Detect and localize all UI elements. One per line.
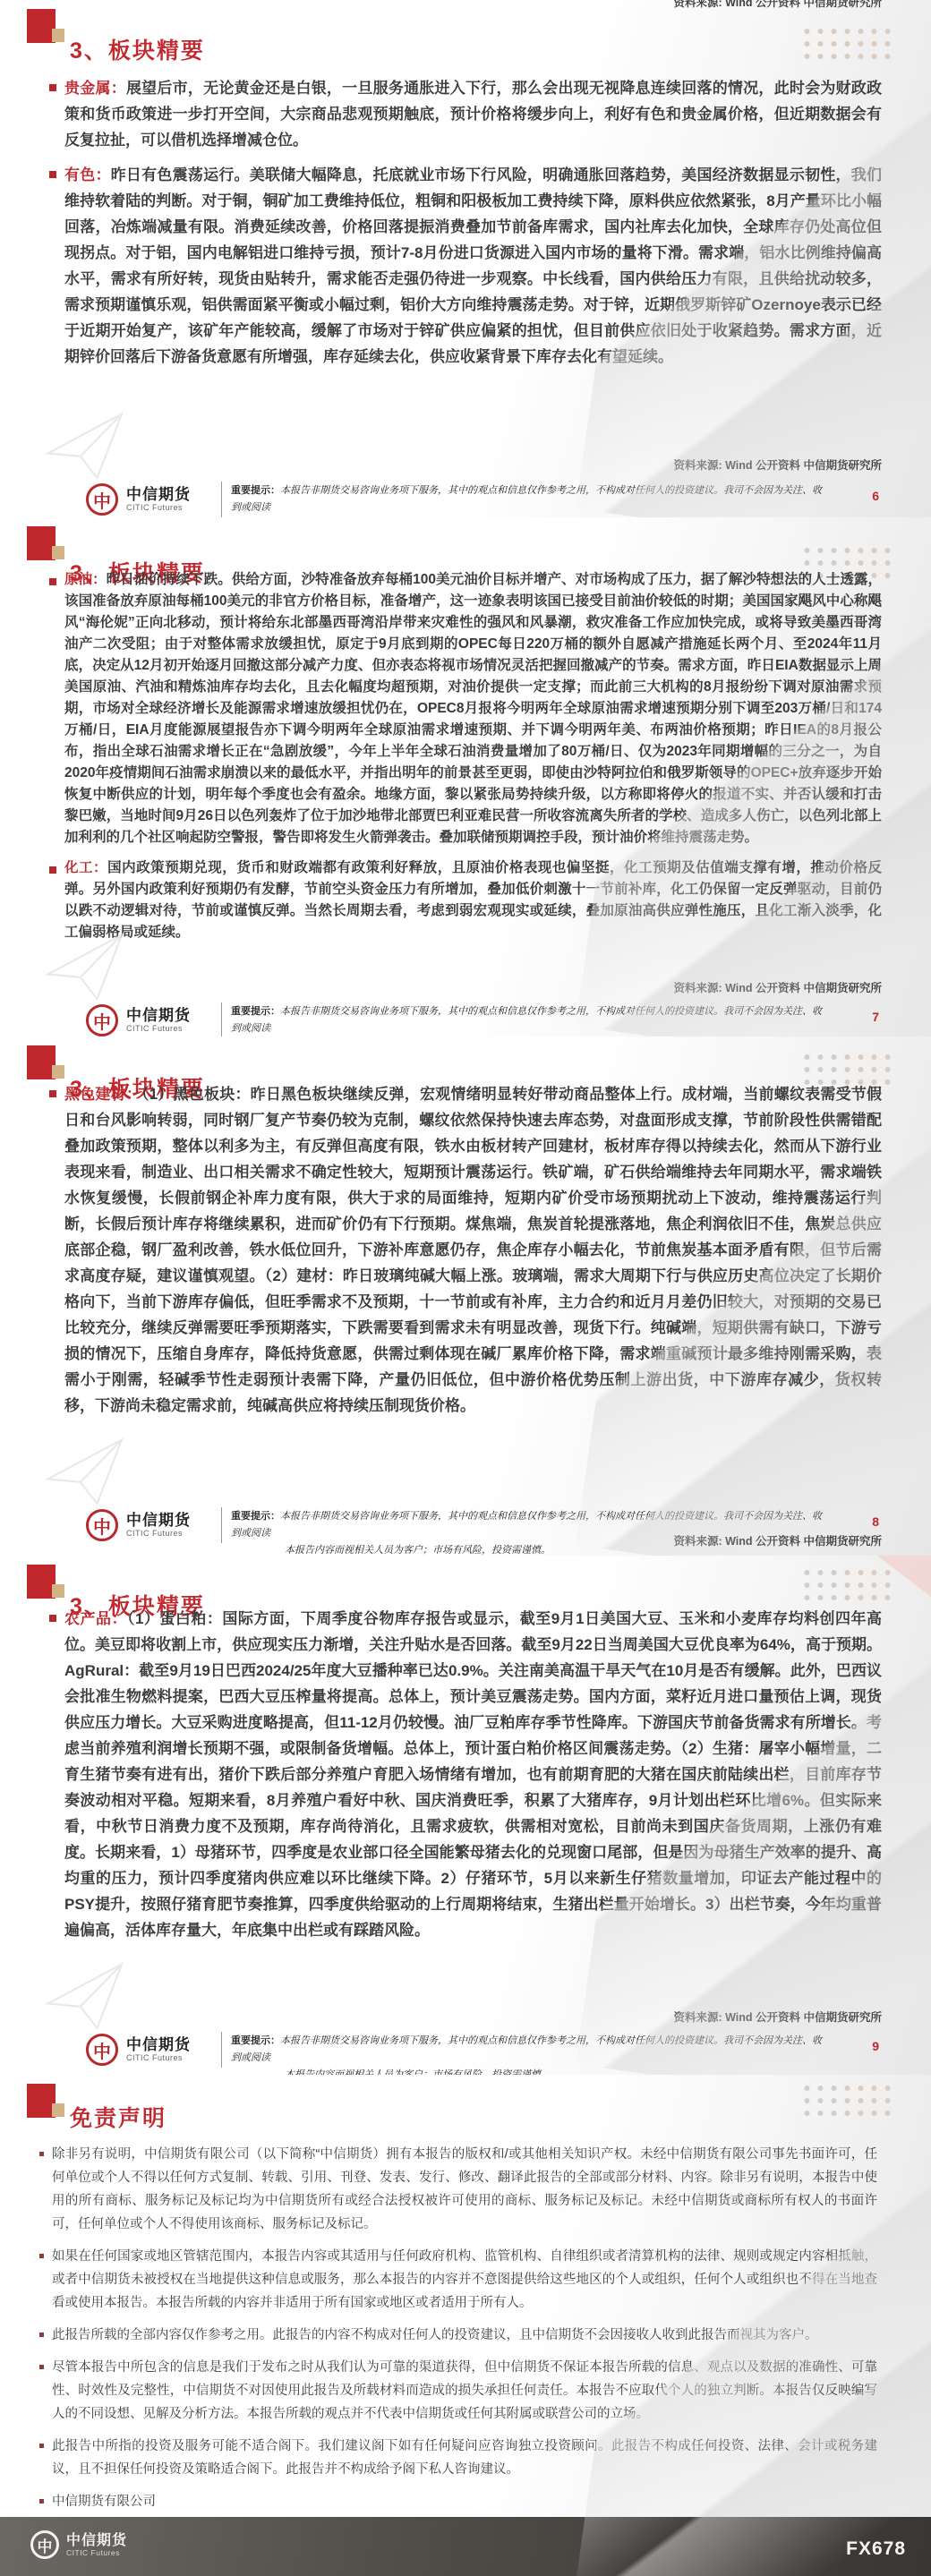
brand-name: 中信期货 bbox=[66, 2533, 127, 2548]
notice-line-1: 本报告非期货交易咨询业务项下服务，其中的观点和信息仅作参考之用，不构成对任何人的… bbox=[231, 1006, 822, 1034]
fx678-watermark: FX678 bbox=[846, 2538, 906, 2560]
brand-name: 中信期货 bbox=[126, 2037, 191, 2053]
citic-logo-icon: 中 bbox=[30, 2530, 59, 2559]
disclaimer-paragraph: 如果在任何国家或地区管辖范围内，本报告内容或其适用与任何政府机构、监管机构、自律… bbox=[52, 2245, 877, 2315]
footer-logo: 中 中信期货 CITIC Futures bbox=[86, 1506, 191, 1545]
page-number: 9 bbox=[872, 2039, 879, 2053]
disclaimer-page: 免责声明 除非另有说明，中信期货有限公司（以下简称“中信期货）拥有本报告的版权和… bbox=[0, 2075, 931, 2576]
corner-ornament-tan bbox=[52, 29, 64, 42]
bullet-text: （1）黑色板块：昨日黑色板块继续反弹，宏观情绪明显转好带动商品整体上行。成材端，… bbox=[64, 1086, 882, 1414]
page-number: 8 bbox=[872, 1514, 879, 1529]
paper-plane-icon bbox=[43, 408, 141, 489]
important-notice: 重要提示：本报告非期货交易咨询业务项下服务，其中的观点和信息仅作参考之用，不构成… bbox=[231, 1003, 822, 1036]
bullet-term: 化工： bbox=[64, 860, 107, 875]
footer-logo: 中 中信期货 CITIC Futures bbox=[86, 480, 191, 517]
corner-ornament-tan bbox=[52, 546, 64, 559]
page-body: 原油：昨日油价持续下跌。供给方面，沙特准备放弃每桶100美元油价目标并增产、对市… bbox=[64, 569, 882, 952]
bullet-item-agricultural-products: 农产品：（1）蛋白粕：国际方面，下周季度谷物库存报告或显示，截至9月1日美国大豆… bbox=[64, 1606, 882, 1943]
brand-subtitle: CITIC Futures bbox=[66, 2548, 127, 2557]
brand-name: 中信期货 bbox=[126, 1513, 191, 1529]
disclaimer-paragraph: 尽管本报告中所包含的信息是我们于发布之时从我们认为可靠的渠道获得，但中信期货不保… bbox=[52, 2356, 877, 2426]
notice-line-1: 本报告非期货交易咨询业务项下服务，其中的观点和信息仅作参考之用，不构成对任何人的… bbox=[231, 2035, 822, 2063]
bullet-item-ferrous-building-materials: 黑色建材：（1）黑色板块：昨日黑色板块继续反弹，宏观情绪明显转好带动商品整体上行… bbox=[64, 1081, 882, 1419]
corner-ornament-tan bbox=[52, 2103, 64, 2117]
corner-ornament-tan bbox=[52, 1584, 64, 1598]
notice-line-1: 本报告非期货交易咨询业务项下服务，其中的观点和信息仅作参考之用，不构成对任何人的… bbox=[231, 485, 822, 513]
bullet-term: 贵金属： bbox=[64, 80, 126, 97]
notice-label: 重要提示： bbox=[231, 485, 280, 496]
slide-page-9: 3、板块精要 农产品：（1）蛋白粕：国际方面，下周季度谷物库存报告或显示，截至9… bbox=[0, 1556, 931, 2075]
top-cut-source-note: 资料来源: Wind 公开资料 中信期货研究所 bbox=[673, 0, 882, 10]
dot-grid-ornament bbox=[800, 2082, 893, 2118]
disclaimer-title: 免责声明 bbox=[70, 2101, 167, 2133]
footer-divider bbox=[221, 1507, 222, 1543]
brand-name: 中信期货 bbox=[126, 487, 191, 503]
brand-subtitle: CITIC Futures bbox=[126, 1529, 191, 1538]
footer-divider bbox=[221, 482, 222, 517]
citic-logo-icon: 中 bbox=[86, 483, 118, 516]
notice-line-2: 本报告内容而视相关人员为客户；市场有风险，投资需谨慎。 bbox=[231, 2067, 822, 2075]
disclaimer-paragraph: 此报告中所指的投资及服务可能不适合阁下。我们建议阁下如有任何疑问应咨询独立投资顾… bbox=[52, 2435, 877, 2481]
source-note: 资料来源: Wind 公开资料 中信期货研究所 bbox=[673, 979, 882, 995]
bullet-term: 有色： bbox=[64, 166, 111, 183]
disclaimer-paragraph-company: 中信期货有限公司 bbox=[52, 2490, 877, 2513]
paper-plane-icon bbox=[43, 1434, 141, 1514]
citic-logo-icon: 中 bbox=[86, 1509, 118, 1541]
corner-ornament-tan bbox=[52, 1065, 64, 1079]
page-number: 7 bbox=[872, 1010, 879, 1024]
important-notice: 重要提示：本报告非期货交易咨询业务项下服务，其中的观点和信息仅作参考之用，不构成… bbox=[231, 482, 822, 517]
citic-logo-icon: 中 bbox=[86, 2034, 118, 2066]
bullet-term: 黑色建材： bbox=[64, 1086, 141, 1103]
source-note: 资料来源: Wind 公开资料 中信期货研究所 bbox=[673, 456, 882, 473]
brand-subtitle: CITIC Futures bbox=[126, 2053, 191, 2062]
bullet-item-chemicals: 化工：国内政策预期兑现，货币和财政端都有政策利好释放，且原油价格表现也偏坚挺，化… bbox=[64, 857, 882, 943]
slide-page-8: 3、板块精要 黑色建材：（1）黑色板块：昨日黑色板块继续反弹，宏观情绪明显转好带… bbox=[0, 1036, 931, 1556]
disclaimer-paragraph: 除非另有说明，中信期货有限公司（以下简称“中信期货）拥有本报告的版权和/或其他相… bbox=[52, 2143, 877, 2236]
bullet-item-precious-metals: 贵金属：展望后市，无论黄金还是白银，一旦服务通胀进入下行，那么会出现无视降息连续… bbox=[64, 75, 882, 153]
footer-logo: 中 中信期货 CITIC Futures bbox=[86, 2030, 191, 2069]
slide-page-7: 3、板块精要 原油：昨日油价持续下跌。供给方面，沙特准备放弃每桶100美元油价目… bbox=[0, 517, 931, 1036]
source-note: 资料来源: Wind 公开资料 中信期货研究所 bbox=[673, 1532, 882, 1548]
slide-page-6: 资料来源: Wind 公开资料 中信期货研究所 3、板块精要 贵金属：展望后市，… bbox=[0, 0, 931, 517]
page-title: 3、板块精要 bbox=[70, 33, 205, 65]
disclaimer-body: 除非另有说明，中信期货有限公司（以下简称“中信期货）拥有本报告的版权和/或其他相… bbox=[52, 2143, 877, 2522]
dot-grid-ornament bbox=[800, 25, 893, 61]
bullet-text: 昨日有色震荡运行。美联储大幅降息，托底就业市场下行风险，明确通胀回落趋势，美国经… bbox=[64, 166, 882, 365]
page-number: 6 bbox=[872, 489, 879, 503]
brand-subtitle: CITIC Futures bbox=[126, 1024, 191, 1033]
notice-label: 重要提示： bbox=[231, 1511, 280, 1522]
bullet-text: 展望后市，无论黄金还是白银，一旦服务通胀进入下行，那么会出现无视降息连续回落的情… bbox=[64, 80, 882, 149]
bullet-text: （1）蛋白粕：国际方面，下周季度谷物库存报告或显示，截至9月1日美国大豆、玉米和… bbox=[64, 1610, 882, 1939]
bullet-text: 昨日油价持续下跌。供给方面，沙特准备放弃每桶100美元油价目标并增产、对市场构成… bbox=[64, 572, 882, 845]
bullet-item-crude-oil: 原油：昨日油价持续下跌。供给方面，沙特准备放弃每桶100美元油价目标并增产、对市… bbox=[64, 569, 882, 849]
disclaimer-paragraph: 此报告所载的全部内容仅作参考之用。此报告的内容不构成对任何人的投资建议，且中信期… bbox=[52, 2324, 877, 2347]
paper-plane-icon bbox=[43, 929, 141, 1010]
dot-grid-ornament bbox=[800, 1566, 893, 1602]
source-note: 资料来源: Wind 公开资料 中信期货研究所 bbox=[673, 2009, 882, 2025]
bullet-term: 原油： bbox=[64, 572, 107, 587]
footer-divider bbox=[221, 2032, 222, 2068]
important-notice: 重要提示：本报告非期货交易咨询业务项下服务，其中的观点和信息仅作参考之用，不构成… bbox=[231, 2033, 822, 2075]
page-body: 贵金属：展望后市，无论黄金还是白银，一旦服务通胀进入下行，那么会出现无视降息连续… bbox=[64, 75, 882, 379]
bullet-item-nonferrous: 有色：昨日有色震荡运行。美联储大幅降息，托底就业市场下行风险，明确通胀回落趋势，… bbox=[64, 162, 882, 370]
notice-label: 重要提示： bbox=[231, 2035, 280, 2046]
bottom-bar: 中 中信期货 CITIC Futures FX678 bbox=[0, 2517, 931, 2576]
footer-divider bbox=[221, 1002, 222, 1036]
notice-label: 重要提示： bbox=[231, 1006, 280, 1017]
brand-subtitle: CITIC Futures bbox=[126, 503, 191, 512]
paper-plane-icon bbox=[43, 1958, 141, 2039]
page-body: 农产品：（1）蛋白粕：国际方面，下周季度谷物库存报告或显示，截至9月1日美国大豆… bbox=[64, 1606, 882, 1952]
bullet-text: 国内政策预期兑现，货币和财政端都有政策利好释放，且原油价格表现也偏坚挺，化工预期… bbox=[64, 860, 882, 940]
footer-logo: 中 中信期货 CITIC Futures bbox=[86, 1001, 191, 1036]
bullet-term: 农产品： bbox=[64, 1610, 127, 1627]
brand-name: 中信期货 bbox=[126, 1008, 191, 1024]
page-body: 黑色建材：（1）黑色板块：昨日黑色板块继续反弹，宏观情绪明显转好带动商品整体上行… bbox=[64, 1081, 882, 1428]
citic-logo-icon: 中 bbox=[86, 1004, 118, 1036]
footer-logo: 中 中信期货 CITIC Futures bbox=[30, 2530, 127, 2559]
